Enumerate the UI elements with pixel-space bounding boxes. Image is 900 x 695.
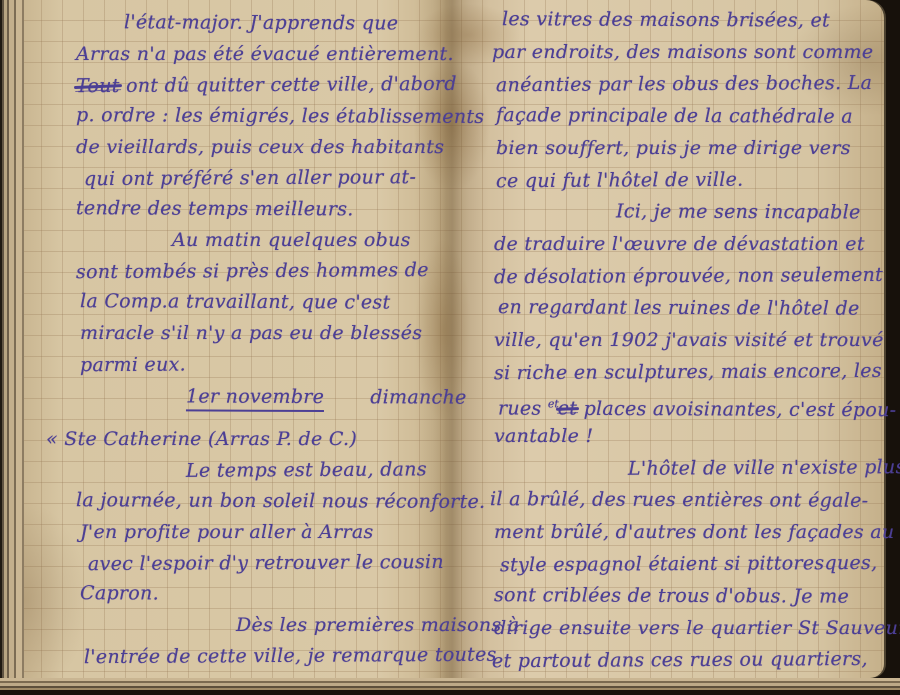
handwritten-text: dirige ensuite vers le quartier St Sauve… xyxy=(494,617,900,639)
handwritten-line: L'hôtel de ville n'existe plus xyxy=(628,452,890,486)
handwritten-line: Arras n'a pas été évacué entièrement. xyxy=(76,39,460,70)
handwritten-line: façade principale de la cathédrale a xyxy=(496,100,890,134)
handwritten-line: avec l'espoir d'y retrouver le cousin xyxy=(88,547,460,580)
handwritten-text: de vieillards, puis ceux des habitants xyxy=(76,136,444,158)
handwritten-line: style espagnol étaient si pittoresques, xyxy=(500,548,890,582)
handwritten-text: la Comp.a travaillant, que c'est xyxy=(80,290,390,313)
handwritten-text: de traduire l'œuvre de dévastation et xyxy=(494,233,865,255)
handwritten-line: ce qui fut l'hôtel de ville. xyxy=(496,164,890,198)
handwritten-text: avec l'espoir d'y retrouver le cousin xyxy=(88,551,444,575)
handwritten-line: Le temps est beau, dans xyxy=(186,454,460,487)
handwritten-line: de vieillards, puis ceux des habitants xyxy=(76,132,460,163)
handwritten-text: Capron. xyxy=(80,582,159,604)
handwritten-text: Arras n'a pas été évacué entièrement. xyxy=(76,43,454,65)
handwritten-text: par endroits, des maisons sont comme xyxy=(492,41,873,63)
handwritten-line: miracle s'il n'y a pas eu de blessés xyxy=(80,318,460,349)
handwritten-line: par endroits, des maisons sont comme xyxy=(492,37,890,69)
handwritten-text: Le temps est beau, dans xyxy=(186,458,427,481)
entry-date-heading: 1er novembredimanche xyxy=(186,379,460,424)
handwritten-text: il a brûlé, des rues entières ont égale- xyxy=(490,488,868,512)
handwritten-line: parmi eux. xyxy=(80,348,460,381)
handwritten-text: places avoisinantes, c'est épou- xyxy=(577,398,896,421)
handwritten-line: Tout ont dû quitter cette ville, d'abord xyxy=(76,69,460,102)
entry-day-label: dimanche xyxy=(370,386,466,408)
handwritten-line: les vitres des maisons brisées, et xyxy=(502,4,890,38)
handwritten-line: de traduire l'œuvre de dévastation et xyxy=(494,229,890,261)
notebook-scan: l'état-major. J'apprends queArras n'a pa… xyxy=(0,0,900,695)
handwritten-text: et partout dans ces rues ou quartiers, xyxy=(492,648,868,672)
handwritten-text: style espagnol étaient si pittoresques, xyxy=(500,552,878,576)
handwritten-text: parmi eux. xyxy=(80,354,186,377)
handwritten-line: vantable ! xyxy=(494,421,890,453)
handwritten-text: p. ordre : les émigrés, les établissemen… xyxy=(76,104,484,128)
handwritten-text: qui ont préféré s'en aller pour at- xyxy=(84,166,416,190)
handwritten-line: Capron. xyxy=(80,578,460,611)
handwritten-text: 1er novembre xyxy=(186,385,324,412)
left-page-handwriting: l'état-major. J'apprends queArras n'a pa… xyxy=(38,0,460,686)
handwritten-line: tendre des temps meilleurs. xyxy=(76,193,460,226)
handwritten-line: la Comp.a travaillant, que c'est xyxy=(80,286,460,319)
right-page-handwriting: les vitres des maisons brisées, etpar en… xyxy=(462,0,890,683)
handwritten-line: et partout dans ces rues ou quartiers, xyxy=(492,644,890,678)
handwritten-text: ce qui fut l'hôtel de ville. xyxy=(496,169,744,193)
handwritten-line: rues etet places avoisinantes, c'est épo… xyxy=(498,388,890,422)
handwritten-text: l'entrée de cette ville, je remarque tou… xyxy=(84,644,497,669)
handwritten-line: Au matin quelques obus xyxy=(172,225,460,256)
handwritten-line: l'état-major. J'apprends que xyxy=(124,7,460,39)
handwritten-text: sont criblées de trous d'obus. Je me xyxy=(494,584,849,608)
handwritten-text: miracle s'il n'y a pas eu de blessés xyxy=(80,322,422,344)
handwritten-line: J'en profite pour aller à Arras xyxy=(80,517,460,548)
crossed-out-word: Tout xyxy=(76,75,120,97)
handwritten-line: bien souffert, puis je me dirige vers xyxy=(496,133,890,165)
handwritten-line: « Ste Catherine (Arras P. de C.) xyxy=(46,424,460,455)
handwritten-text: en regardant les ruines de l'hôtel de xyxy=(498,296,860,320)
handwritten-text: Ici, je me sens incapable xyxy=(616,200,861,223)
handwritten-text: anéanties par les obus des boches. La xyxy=(496,72,872,96)
handwritten-line: ville, qu'en 1902 j'avais visité et trou… xyxy=(494,325,890,357)
handwritten-text: façade principale de la cathédrale a xyxy=(496,104,853,128)
handwritten-line: p. ordre : les émigrés, les établissemen… xyxy=(76,100,460,133)
handwritten-line: en regardant les ruines de l'hôtel de xyxy=(498,292,890,326)
handwritten-text: ment brûlé, d'autres dont les façades au xyxy=(494,521,894,543)
handwritten-line: l'entrée de cette ville, je remarque tou… xyxy=(84,640,460,673)
handwritten-line: sont tombés si près des hommes de xyxy=(76,255,460,288)
page-stack-edge-left xyxy=(0,0,38,678)
handwritten-line: de désolation éprouvée, non seulement xyxy=(494,260,890,294)
handwritten-text: J'en profite pour aller à Arras xyxy=(80,521,374,543)
handwritten-line: dirige ensuite vers le quartier St Sauve… xyxy=(494,613,890,645)
handwritten-text: vantable ! xyxy=(494,425,593,447)
handwritten-line: anéanties par les obus des boches. La xyxy=(496,68,890,102)
handwritten-text: ville, qu'en 1902 j'avais visité et trou… xyxy=(494,329,884,351)
handwritten-text: sont tombés si près des hommes de xyxy=(76,259,429,283)
handwritten-text: l'état-major. J'apprends que xyxy=(124,11,398,34)
handwritten-text: Au matin quelques obus xyxy=(172,229,411,251)
handwritten-text: si riche en sculptures, mais encore, les xyxy=(494,360,882,384)
page-stack-edge-bottom xyxy=(0,678,900,695)
handwritten-text: bien souffert, puis je me dirige vers xyxy=(496,137,851,159)
handwritten-line: ment brûlé, d'autres dont les façades au xyxy=(494,517,890,549)
handwritten-line: sont criblées de trous d'obus. Je me xyxy=(494,580,890,614)
handwritten-text: les vitres des maisons brisées, et xyxy=(502,8,830,31)
handwritten-text: tendre des temps meilleurs. xyxy=(76,197,354,220)
handwritten-text: L'hôtel de ville n'existe plus xyxy=(628,456,900,480)
handwritten-text: rues xyxy=(498,397,548,419)
handwritten-text: de désolation éprouvée, non seulement xyxy=(494,264,883,288)
handwritten-line: Ici, je me sens incapable xyxy=(616,196,890,229)
handwritten-text: la journée, un bon soleil nous réconfort… xyxy=(76,489,486,513)
handwritten-line: Dès les premières maisons à xyxy=(236,610,460,641)
handwritten-text: ont dû quitter cette ville, d'abord xyxy=(120,73,457,97)
handwritten-line: si riche en sculptures, mais encore, les xyxy=(494,356,890,390)
handwritten-line: qui ont préféré s'en aller pour at- xyxy=(84,162,460,195)
handwritten-text: « Ste Catherine (Arras P. de C.) xyxy=(46,428,357,450)
crossed-out-word: et xyxy=(558,398,578,420)
handwritten-line: il a brûlé, des rues entières ont égale- xyxy=(490,484,890,518)
handwritten-line: la journée, un bon soleil nous réconfort… xyxy=(76,485,460,518)
